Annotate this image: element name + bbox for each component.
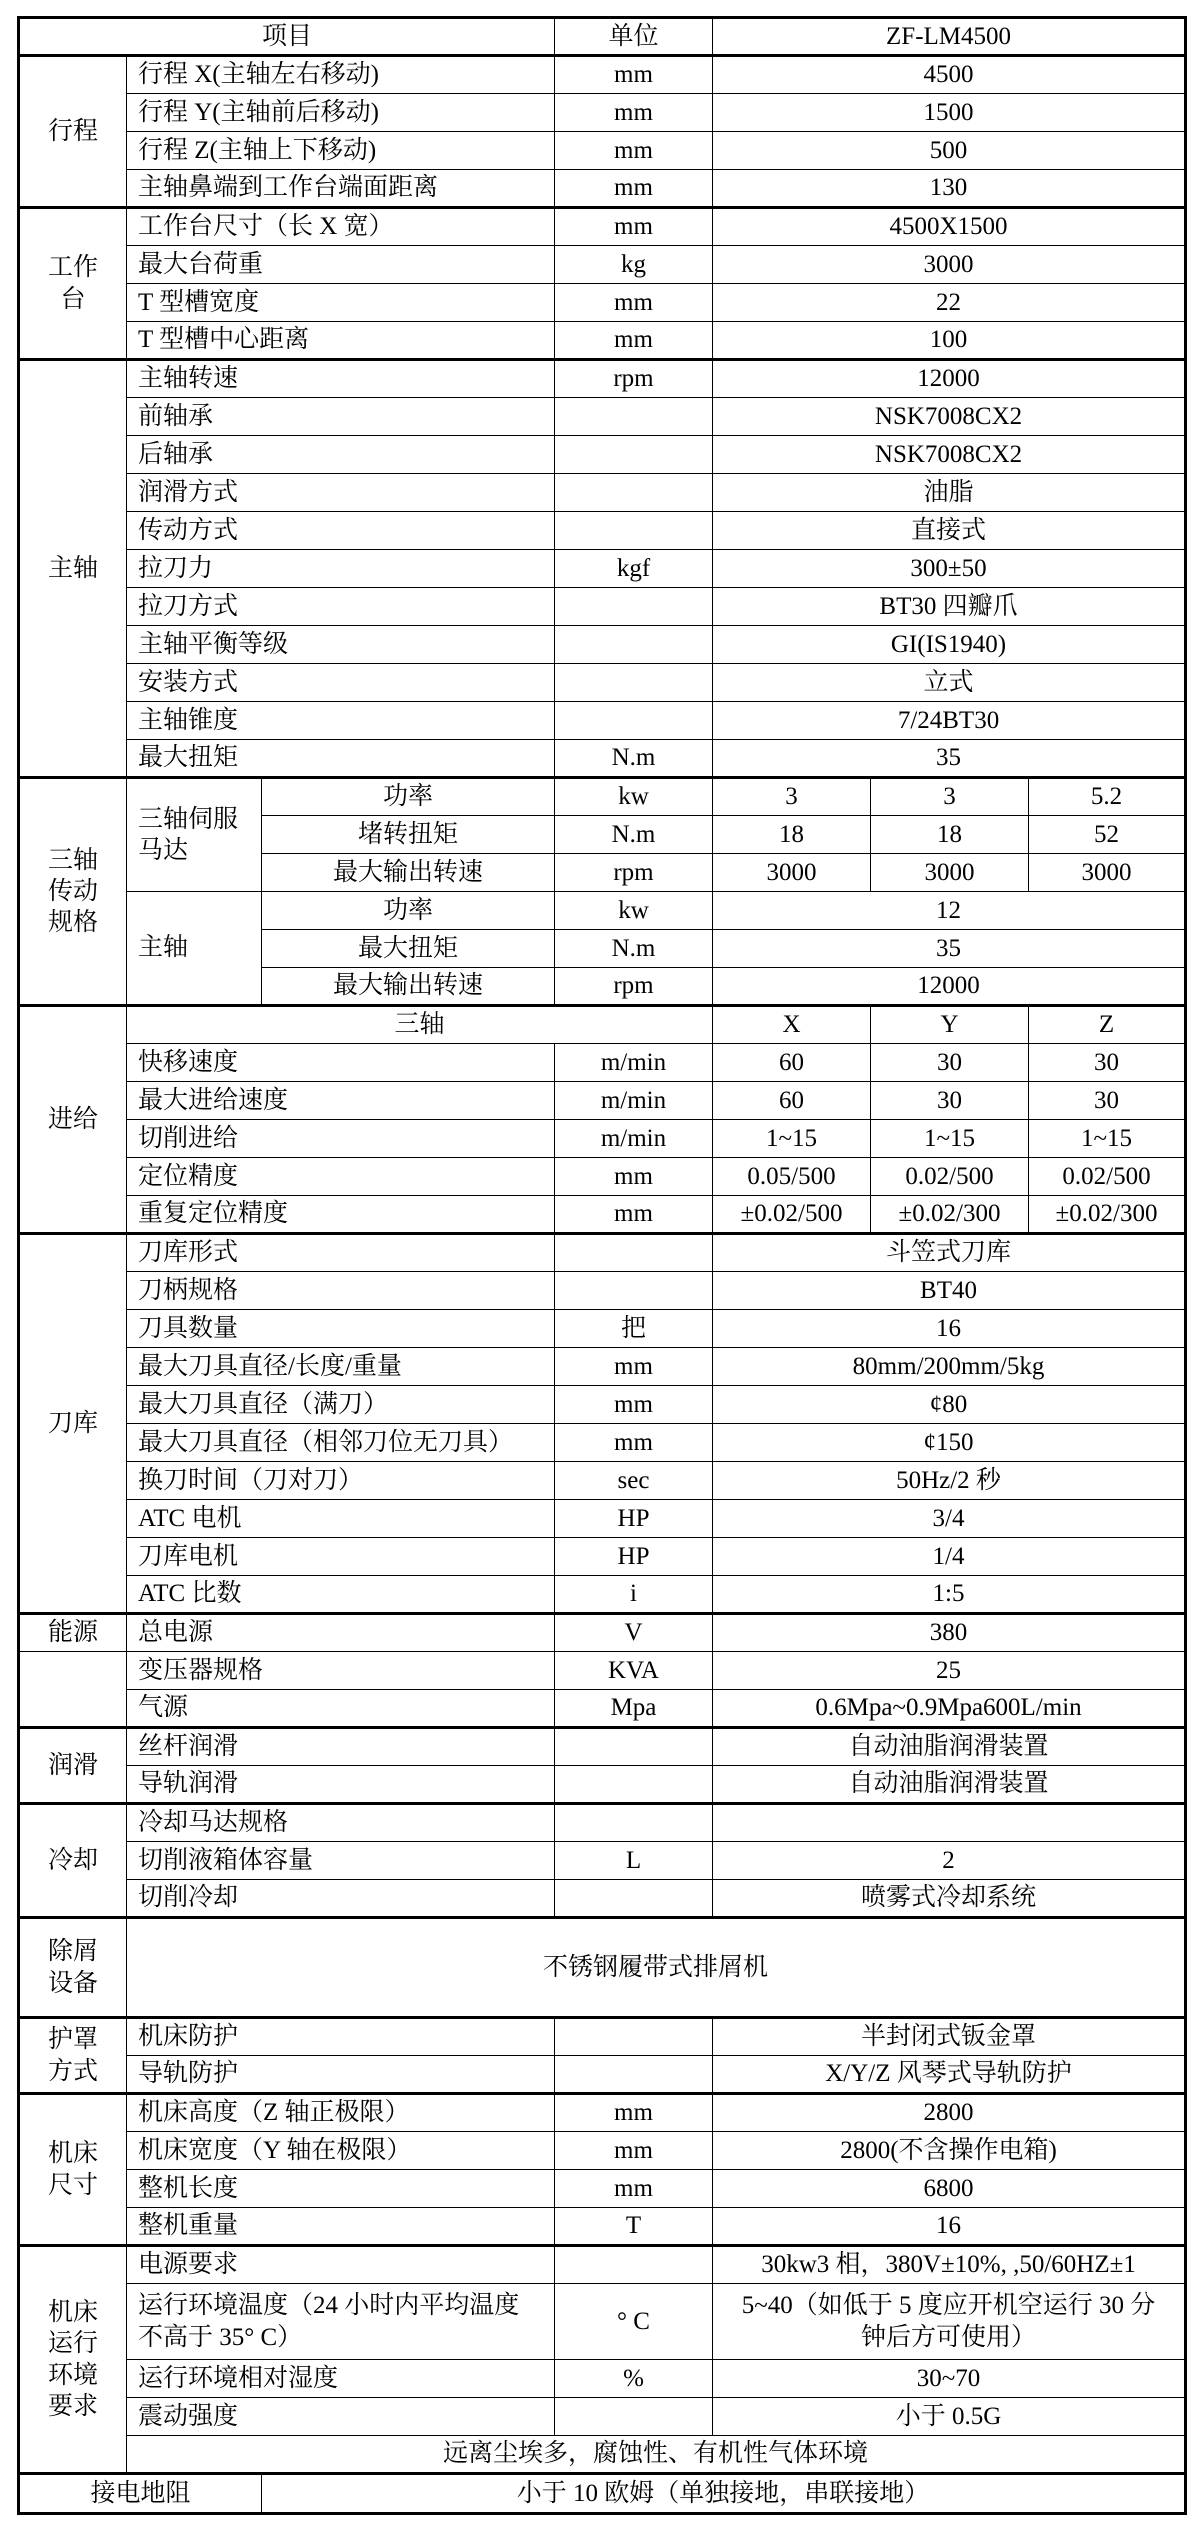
unit-cell [555, 2056, 713, 2094]
table-row: 行程 Z(主轴上下移动)mm500 [19, 132, 1186, 170]
item-label: 整机长度 [127, 2170, 555, 2208]
unit-cell: mm [555, 1348, 713, 1386]
item-label: 整机重量 [127, 2208, 555, 2246]
unit-cell [555, 474, 713, 512]
item-label: 快移速度 [127, 1044, 555, 1082]
table-row: 主轴功率kw12 [19, 892, 1186, 930]
value-cell: 自动油脂润滑装置 [713, 1728, 1186, 1766]
item-label: 变压器规格 [127, 1652, 555, 1690]
value-cell: 5~40（如低于 5 度应开机空运行 30 分 钟后方可使用） [713, 2284, 1186, 2360]
value-cell: 30~70 [713, 2360, 1186, 2398]
value-cell: 25 [713, 1652, 1186, 1690]
table-row: 行程行程 X(主轴左右移动)mm4500 [19, 56, 1186, 94]
item-label: 冷却马达规格 [127, 1804, 555, 1842]
item-label: 导轨润滑 [127, 1766, 555, 1804]
value-cell: 52 [1029, 816, 1186, 854]
table-row: 润滑丝杆润滑自动油脂润滑装置 [19, 1728, 1186, 1766]
value-cell: 12000 [713, 968, 1186, 1006]
value-cell: BT40 [713, 1272, 1186, 1310]
table-row: 主轴平衡等级GI(IS1940) [19, 626, 1186, 664]
value-cell: 2800(不含操作电箱) [713, 2132, 1186, 2170]
value-cell: 50Hz/2 秒 [713, 1462, 1186, 1500]
section-label: 机床 运行 环境 要求 [19, 2246, 127, 2474]
unit-cell: mm [555, 2170, 713, 2208]
value-cell: 1:5 [713, 1576, 1186, 1614]
table-row: 导轨防护X/Y/Z 风琴式导轨防护 [19, 2056, 1186, 2094]
table-row: 冷却冷却马达规格 [19, 1804, 1186, 1842]
value-cell: 18 [713, 816, 871, 854]
unit-cell: mm [555, 2132, 713, 2170]
item-label: T 型槽宽度 [127, 284, 555, 322]
item-label: 最大刀具直径/长度/重量 [127, 1348, 555, 1386]
unit-cell: m/min [555, 1120, 713, 1158]
value-cell: 35 [713, 740, 1186, 778]
item-label: 切削液箱体容量 [127, 1842, 555, 1880]
table-row: 换刀时间（刀对刀）sec50Hz/2 秒 [19, 1462, 1186, 1500]
value-cell: 1~15 [713, 1120, 871, 1158]
item-label: 导轨防护 [127, 2056, 555, 2094]
table-row: ATC 电机HP3/4 [19, 1500, 1186, 1538]
value-cell: BT30 四瓣爪 [713, 588, 1186, 626]
value-cell: 60 [713, 1044, 871, 1082]
table-row: ATC 比数i1:5 [19, 1576, 1186, 1614]
section-label: 护罩 方式 [19, 2018, 127, 2094]
value-cell: NSK7008CX2 [713, 398, 1186, 436]
table-row: 最大进给速度m/min603030 [19, 1082, 1186, 1120]
item-label: 主轴转速 [127, 360, 555, 398]
unit-cell: N.m [555, 930, 713, 968]
value-cell: 0.02/500 [1029, 1158, 1186, 1196]
table-row: 刀库刀库形式斗笠式刀库 [19, 1234, 1186, 1272]
unit-cell: mm [555, 170, 713, 208]
item-label: 行程 Y(主轴前后移动) [127, 94, 555, 132]
value-cell: GI(IS1940) [713, 626, 1186, 664]
item-label: 机床宽度（Y 轴在极限） [127, 2132, 555, 2170]
value-cell: ±0.02/300 [1029, 1196, 1186, 1234]
item-label: 换刀时间（刀对刀） [127, 1462, 555, 1500]
table-row: T 型槽中心距离mm100 [19, 322, 1186, 360]
value-cell: 1/4 [713, 1538, 1186, 1576]
value-cell: ±0.02/500 [713, 1196, 871, 1234]
header-cell: ZF-LM4500 [713, 18, 1186, 56]
item-label: 工作台尺寸（长 X 宽） [127, 208, 555, 246]
item-label: 最大输出转速 [262, 854, 555, 892]
unit-cell: HP [555, 1500, 713, 1538]
unit-cell [555, 1272, 713, 1310]
unit-cell [555, 1804, 713, 1842]
merged-value-cell: 远离尘埃多，腐蚀性、有机性气体环境 [127, 2436, 1186, 2474]
table-row: 能源总电源V380 [19, 1614, 1186, 1652]
value-cell: 16 [713, 2208, 1186, 2246]
unit-cell [555, 1728, 713, 1766]
table-row: 变压器规格KVA25 [19, 1652, 1186, 1690]
item-label: 前轴承 [127, 398, 555, 436]
item-label: 后轴承 [127, 436, 555, 474]
unit-cell: kw [555, 778, 713, 816]
page: { "page": {"background": "#ffffff", "bor… [0, 0, 1200, 2521]
value-cell: 16 [713, 1310, 1186, 1348]
value-cell: 1~15 [871, 1120, 1029, 1158]
item-label: 最大刀具直径（满刀） [127, 1386, 555, 1424]
value-cell: 自动油脂润滑装置 [713, 1766, 1186, 1804]
item-label: 定位精度 [127, 1158, 555, 1196]
unit-cell: mm [555, 1158, 713, 1196]
table-row: 机床 尺寸机床高度（Z 轴正极限）mm2800 [19, 2094, 1186, 2132]
table-row: 导轨润滑自动油脂润滑装置 [19, 1766, 1186, 1804]
unit-cell [555, 664, 713, 702]
table-row: 润滑方式油脂 [19, 474, 1186, 512]
value-cell: 2 [713, 1842, 1186, 1880]
unit-cell: m/min [555, 1082, 713, 1120]
value-cell: 0.02/500 [871, 1158, 1029, 1196]
item-label: 传动方式 [127, 512, 555, 550]
value-cell: 直接式 [713, 512, 1186, 550]
table-row: 机床宽度（Y 轴在极限）mm2800(不含操作电箱) [19, 2132, 1186, 2170]
value-cell: 立式 [713, 664, 1186, 702]
item-label: 主轴锥度 [127, 702, 555, 740]
item-label: 最大进给速度 [127, 1082, 555, 1120]
table-row: 远离尘埃多，腐蚀性、有机性气体环境 [19, 2436, 1186, 2474]
spec-table-body: 项目单位ZF-LM4500行程行程 X(主轴左右移动)mm4500行程 Y(主轴… [19, 18, 1186, 2514]
item-label: 主轴鼻端到工作台端面距离 [127, 170, 555, 208]
table-row: 最大刀具直径（满刀）mm¢80 [19, 1386, 1186, 1424]
item-label: 丝杆润滑 [127, 1728, 555, 1766]
item-label: 拉刀力 [127, 550, 555, 588]
section-label: 冷却 [19, 1804, 127, 1918]
value-cell: 30kw3 相，380V±10%, ,50/60HZ±1 [713, 2246, 1186, 2284]
item-label: 最大台荷重 [127, 246, 555, 284]
group-label: 主轴 [127, 892, 262, 1006]
table-row: 主轴鼻端到工作台端面距离mm130 [19, 170, 1186, 208]
value-cell: 380 [713, 1614, 1186, 1652]
table-row: 重复定位精度mm±0.02/500±0.02/300±0.02/300 [19, 1196, 1186, 1234]
value-cell: 2800 [713, 2094, 1186, 2132]
item-label: 刀柄规格 [127, 1272, 555, 1310]
value-cell: 7/24BT30 [713, 702, 1186, 740]
unit-cell: T [555, 2208, 713, 2246]
unit-cell [555, 1766, 713, 1804]
table-row: 切削冷却喷雾式冷却系统 [19, 1880, 1186, 1918]
item-label: 切削冷却 [127, 1880, 555, 1918]
unit-cell: mm [555, 208, 713, 246]
value-cell: X/Y/Z 风琴式导轨防护 [713, 2056, 1186, 2094]
table-row: 除屑 设备不锈钢履带式排屑机 [19, 1918, 1186, 2018]
unit-cell [555, 1234, 713, 1272]
table-row: 机床 运行 环境 要求电源要求30kw3 相，380V±10%, ,50/60H… [19, 2246, 1186, 2284]
section-label: 主轴 [19, 360, 127, 778]
table-row: 切削进给m/min1~151~151~15 [19, 1120, 1186, 1158]
table-row: 震动强度小于 0.5G [19, 2398, 1186, 2436]
item-label: 切削进给 [127, 1120, 555, 1158]
item-label: 刀具数量 [127, 1310, 555, 1348]
value-cell: 5.2 [1029, 778, 1186, 816]
table-row: 护罩 方式机床防护半封闭式钣金罩 [19, 2018, 1186, 2056]
table-row: 运行环境相对湿度%30~70 [19, 2360, 1186, 2398]
value-cell: 30 [1029, 1082, 1186, 1120]
value-cell: 斗笠式刀库 [713, 1234, 1186, 1272]
header-cell: 项目 [19, 18, 555, 56]
section-label: 三轴 传动 规格 [19, 778, 127, 1006]
table-row: 三轴 传动 规格三轴伺服 马达功率kw335.2 [19, 778, 1186, 816]
axis-header: X [713, 1006, 871, 1044]
value-cell: 30 [871, 1082, 1029, 1120]
unit-cell: Mpa [555, 1690, 713, 1728]
value-cell: 1500 [713, 94, 1186, 132]
merged-value-cell: 不锈钢履带式排屑机 [127, 1918, 1186, 2018]
value-cell [713, 1804, 1186, 1842]
item-label: 堵转扭矩 [262, 816, 555, 854]
unit-cell [555, 512, 713, 550]
section-label: 接电地阻 [19, 2474, 262, 2514]
value-cell: 3000 [713, 246, 1186, 284]
item-label: 最大刀具直径（相邻刀位无刀具） [127, 1424, 555, 1462]
value-cell: 500 [713, 132, 1186, 170]
section-label: 机床 尺寸 [19, 2094, 127, 2246]
value-cell: 1~15 [1029, 1120, 1186, 1158]
value-cell: ±0.02/300 [871, 1196, 1029, 1234]
value-cell: ¢80 [713, 1386, 1186, 1424]
table-row: 刀柄规格BT40 [19, 1272, 1186, 1310]
section-label: 除屑 设备 [19, 1918, 127, 2018]
item-label: 最大扭矩 [127, 740, 555, 778]
item-label: T 型槽中心距离 [127, 322, 555, 360]
unit-cell [555, 2398, 713, 2436]
value-cell: 12000 [713, 360, 1186, 398]
value-cell: 22 [713, 284, 1186, 322]
value-cell: 300±50 [713, 550, 1186, 588]
item-label: 行程 Z(主轴上下移动) [127, 132, 555, 170]
unit-cell: m/min [555, 1044, 713, 1082]
item-label: 机床高度（Z 轴正极限） [127, 2094, 555, 2132]
section-label: 能源 [19, 1614, 127, 1652]
item-label: 重复定位精度 [127, 1196, 555, 1234]
value-cell: 100 [713, 322, 1186, 360]
spec-table: 项目单位ZF-LM4500行程行程 X(主轴左右移动)mm4500行程 Y(主轴… [17, 16, 1187, 2515]
table-row: 拉刀方式BT30 四瓣爪 [19, 588, 1186, 626]
item-label: 主轴平衡等级 [127, 626, 555, 664]
table-row: T 型槽宽度mm22 [19, 284, 1186, 322]
table-row: 安装方式立式 [19, 664, 1186, 702]
unit-cell: kw [555, 892, 713, 930]
table-row: 接电地阻小于 10 欧姆（单独接地，串联接地） [19, 2474, 1186, 2514]
unit-cell: mm [555, 2094, 713, 2132]
value-cell: 3 [713, 778, 871, 816]
unit-cell [555, 588, 713, 626]
unit-cell: rpm [555, 360, 713, 398]
unit-cell: kg [555, 246, 713, 284]
value-cell: 4500 [713, 56, 1186, 94]
value-cell: 3000 [713, 854, 871, 892]
item-label: 功率 [262, 892, 555, 930]
value-cell: 3/4 [713, 1500, 1186, 1538]
unit-cell: kgf [555, 550, 713, 588]
value-cell: 3000 [1029, 854, 1186, 892]
value-cell: 3000 [871, 854, 1029, 892]
section-label [19, 1652, 127, 1728]
group-label: 三轴伺服 马达 [127, 778, 262, 892]
table-row: 切削液箱体容量L2 [19, 1842, 1186, 1880]
unit-cell: ° C [555, 2284, 713, 2360]
section-label: 刀库 [19, 1234, 127, 1614]
table-row: 刀具数量把16 [19, 1310, 1186, 1348]
value-cell: NSK7008CX2 [713, 436, 1186, 474]
value-cell: 30 [871, 1044, 1029, 1082]
unit-cell [555, 436, 713, 474]
item-label: 气源 [127, 1690, 555, 1728]
value-cell: 喷雾式冷却系统 [713, 1880, 1186, 1918]
table-row: 整机长度mm6800 [19, 2170, 1186, 2208]
table-row: 主轴主轴转速rpm12000 [19, 360, 1186, 398]
unit-cell [555, 2018, 713, 2056]
unit-cell: mm [555, 1424, 713, 1462]
unit-cell: % [555, 2360, 713, 2398]
value-cell: 130 [713, 170, 1186, 208]
unit-cell: N.m [555, 740, 713, 778]
unit-cell: N.m [555, 816, 713, 854]
value-cell: 18 [871, 816, 1029, 854]
item-label: 润滑方式 [127, 474, 555, 512]
value-cell: 油脂 [713, 474, 1186, 512]
unit-cell [555, 626, 713, 664]
table-row: 刀库电机HP1/4 [19, 1538, 1186, 1576]
unit-cell [555, 398, 713, 436]
table-row: 气源Mpa0.6Mpa~0.9Mpa600L/min [19, 1690, 1186, 1728]
value-cell: ¢150 [713, 1424, 1186, 1462]
table-row: 工作 台工作台尺寸（长 X 宽）mm4500X1500 [19, 208, 1186, 246]
unit-cell: sec [555, 1462, 713, 1500]
item-label: 最大扭矩 [262, 930, 555, 968]
axis-header: 三轴 [127, 1006, 713, 1044]
spec-sheet: 项目单位ZF-LM4500行程行程 X(主轴左右移动)mm4500行程 Y(主轴… [17, 16, 1187, 2515]
table-row: 主轴锥度7/24BT30 [19, 702, 1186, 740]
value-cell: 3 [871, 778, 1029, 816]
item-label: 拉刀方式 [127, 588, 555, 626]
unit-cell: HP [555, 1538, 713, 1576]
unit-cell: i [555, 1576, 713, 1614]
item-label: 刀库电机 [127, 1538, 555, 1576]
section-label: 润滑 [19, 1728, 127, 1804]
value-cell: 0.05/500 [713, 1158, 871, 1196]
unit-cell: mm [555, 1386, 713, 1424]
item-label: 最大输出转速 [262, 968, 555, 1006]
table-row: 前轴承NSK7008CX2 [19, 398, 1186, 436]
unit-cell: mm [555, 94, 713, 132]
item-label: ATC 比数 [127, 1576, 555, 1614]
table-row: 运行环境温度（24 小时内平均温度 不高于 35° C）° C5~40（如低于 … [19, 2284, 1186, 2360]
item-label: ATC 电机 [127, 1500, 555, 1538]
item-label: 总电源 [127, 1614, 555, 1652]
table-row: 项目单位ZF-LM4500 [19, 18, 1186, 56]
axis-header: Y [871, 1006, 1029, 1044]
item-label: 行程 X(主轴左右移动) [127, 56, 555, 94]
unit-cell: mm [555, 284, 713, 322]
section-label: 进给 [19, 1006, 127, 1234]
item-label: 运行环境温度（24 小时内平均温度 不高于 35° C） [127, 2284, 555, 2360]
value-cell: 4500X1500 [713, 208, 1186, 246]
merged-value-cell: 小于 10 欧姆（单独接地，串联接地） [262, 2474, 1186, 2514]
value-cell: 12 [713, 892, 1186, 930]
table-row: 最大刀具直径/长度/重量mm80mm/200mm/5kg [19, 1348, 1186, 1386]
table-row: 行程 Y(主轴前后移动)mm1500 [19, 94, 1186, 132]
item-label: 震动强度 [127, 2398, 555, 2436]
value-cell: 小于 0.5G [713, 2398, 1186, 2436]
item-label: 电源要求 [127, 2246, 555, 2284]
item-label: 功率 [262, 778, 555, 816]
table-row: 定位精度mm0.05/5000.02/5000.02/500 [19, 1158, 1186, 1196]
value-cell: 半封闭式钣金罩 [713, 2018, 1186, 2056]
unit-cell [555, 2246, 713, 2284]
value-cell: 6800 [713, 2170, 1186, 2208]
unit-cell: KVA [555, 1652, 713, 1690]
item-label: 运行环境相对湿度 [127, 2360, 555, 2398]
table-row: 拉刀力kgf300±50 [19, 550, 1186, 588]
table-row: 最大扭矩N.m35 [19, 740, 1186, 778]
header-cell: 单位 [555, 18, 713, 56]
table-row: 最大台荷重kg3000 [19, 246, 1186, 284]
section-label: 工作 台 [19, 208, 127, 360]
table-row: 最大刀具直径（相邻刀位无刀具）mm¢150 [19, 1424, 1186, 1462]
table-row: 整机重量T16 [19, 2208, 1186, 2246]
table-row: 传动方式直接式 [19, 512, 1186, 550]
unit-cell: L [555, 1842, 713, 1880]
unit-cell: 把 [555, 1310, 713, 1348]
unit-cell: mm [555, 56, 713, 94]
unit-cell: mm [555, 132, 713, 170]
item-label: 机床防护 [127, 2018, 555, 2056]
unit-cell [555, 1880, 713, 1918]
unit-cell: rpm [555, 968, 713, 1006]
value-cell: 60 [713, 1082, 871, 1120]
value-cell: 30 [1029, 1044, 1186, 1082]
table-row: 快移速度m/min603030 [19, 1044, 1186, 1082]
value-cell: 0.6Mpa~0.9Mpa600L/min [713, 1690, 1186, 1728]
unit-cell [555, 702, 713, 740]
value-cell: 35 [713, 930, 1186, 968]
item-label: 刀库形式 [127, 1234, 555, 1272]
value-cell: 80mm/200mm/5kg [713, 1348, 1186, 1386]
unit-cell: mm [555, 1196, 713, 1234]
unit-cell: mm [555, 322, 713, 360]
item-label: 安装方式 [127, 664, 555, 702]
unit-cell: V [555, 1614, 713, 1652]
unit-cell: rpm [555, 854, 713, 892]
table-row: 后轴承NSK7008CX2 [19, 436, 1186, 474]
section-label: 行程 [19, 56, 127, 208]
table-row: 进给三轴XYZ [19, 1006, 1186, 1044]
axis-header: Z [1029, 1006, 1186, 1044]
